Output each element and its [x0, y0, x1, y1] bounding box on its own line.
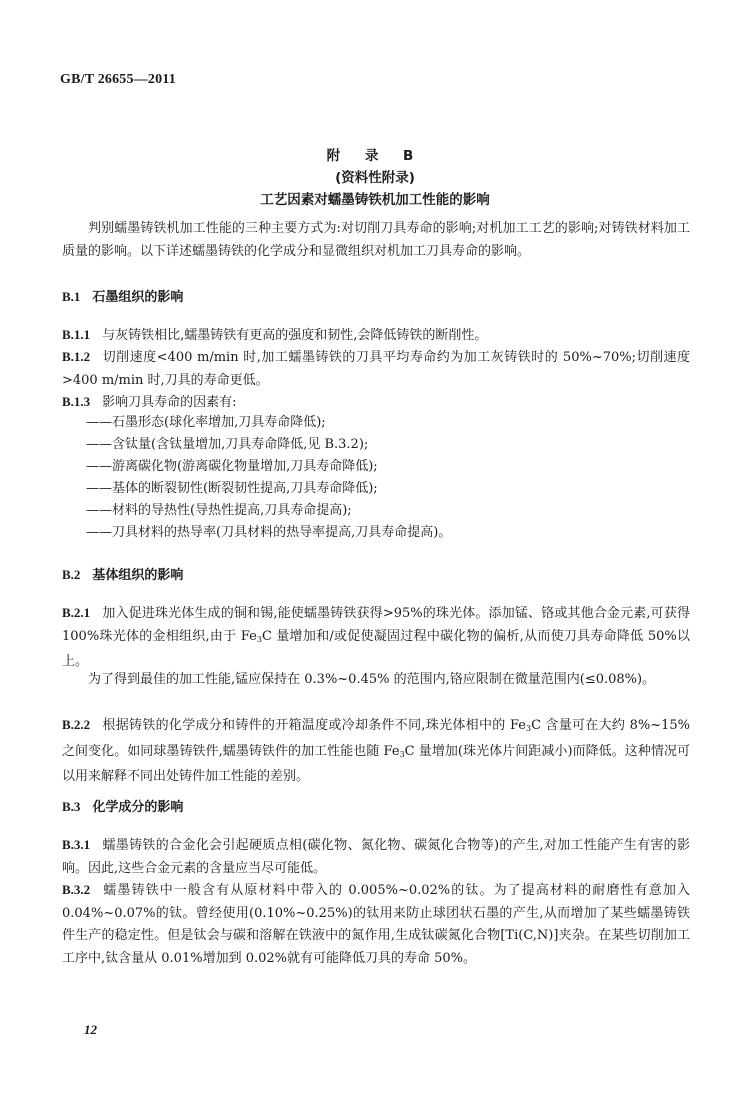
clause-text: 与灰铸铁相比,蠕墨铸铁有更高的强度和韧性,会降低铸铁的断削性。 [102, 328, 487, 343]
clause-text: 蠕墨铸铁的合金化会引起硬质点相(碳化物、氮化物、碳氮化合物等)的产生,对加工性能… [62, 838, 690, 876]
clause-b3-2: B.3.2蠕墨铸铁中一般含有从原材料中带入的 0.005%~0.02%的钛。为了… [62, 879, 690, 970]
section-title: 石墨组织的影响 [92, 290, 183, 305]
clause-b1-1: B.1.1与灰铸铁相比,蠕墨铸铁有更高的强度和韧性,会降低铸铁的断削性。 [62, 324, 690, 348]
section-heading-b2: B.2基体组织的影响 [62, 564, 183, 583]
factor-list: ——石墨形态(球化率增加,刀具寿命降低); ——含钛量(含钛量增加,刀具寿命降低… [86, 412, 451, 544]
page-number: 12 [84, 1022, 97, 1038]
section-heading-b3: B.3化学成分的影响 [62, 796, 183, 815]
clause-number: B.1.3 [62, 394, 90, 409]
clause-number: B.2.1 [62, 605, 90, 620]
section-number: B.1 [62, 289, 80, 304]
intro-paragraph: 判别蠕墨铸铁机加工性能的三种主要方式为:对切削刀具寿命的影响;对机加工工艺的影响… [62, 218, 690, 263]
clause-b2-2: B.2.2根据铸铁的化学成分和铸件的开箱温度或冷却条件不同,珠光体相中的 Fe3… [62, 714, 690, 789]
clause-b2-1: B.2.1加入促进珠光体生成的铜和锡,能使蠕墨铸铁获得>95%的珠光体。添加锰、… [62, 602, 690, 674]
clause-text: 根据铸铁的化学成分和铸件的开箱温度或冷却条件不同,珠光体相中的 Fe [102, 718, 526, 733]
section-heading-b1: B.1石墨组织的影响 [62, 286, 183, 305]
clause-b1-2: B.1.2切削速度<400 m/min 时,加工蠕墨铸铁的刀具平均寿命约为加工灰… [62, 346, 690, 392]
clause-number: B.2.2 [62, 717, 90, 732]
clause-number: B.1.1 [62, 327, 90, 342]
standard-code: GB/T 26655—2011 [60, 72, 176, 88]
clause-text: 切削速度<400 m/min 时,加工蠕墨铸铁的刀具平均寿命约为加工灰铸铁时的 … [62, 350, 690, 388]
list-item: ——含钛量(含钛量增加,刀具寿命降低,见 B.3.2); [86, 434, 451, 456]
list-item: ——石墨形态(球化率增加,刀具寿命降低); [86, 412, 451, 434]
clause-number: B.1.2 [62, 349, 90, 364]
section-title: 基体组织的影响 [92, 568, 183, 583]
section-number: B.2 [62, 567, 80, 582]
clause-text: 蠕墨铸铁中一般含有从原材料中带入的 0.005%~0.02%的钛。为了提高材料的… [62, 883, 690, 966]
list-item: ——材料的导热性(导热性提高,刀具寿命提高); [86, 500, 451, 522]
section-title: 化学成分的影响 [92, 800, 183, 815]
annex-title: 附 录 B [0, 144, 750, 164]
list-item: ——基体的断裂韧性(断裂韧性提高,刀具寿命降低); [86, 478, 451, 500]
clause-number: B.3.1 [62, 837, 90, 852]
section-number: B.3 [62, 799, 80, 814]
clause-number: B.3.2 [62, 882, 90, 897]
annex-heading: 工艺因素对蠕墨铸铁机加工性能的影响 [0, 188, 750, 208]
list-item: ——刀具材料的热导率(刀具材料的热导率提高,刀具寿命提高)。 [86, 522, 451, 544]
clause-b2-1-note: 为了得到最佳的加工性能,锰应保持在 0.3%~0.45% 的范围内,铬应限制在微… [62, 669, 690, 692]
list-item: ——游离碳化物(游离碳化物量增加,刀具寿命降低); [86, 456, 451, 478]
clause-text: 影响刀具寿命的因素有: [102, 395, 236, 410]
annex-type: (资料性附录) [0, 166, 750, 186]
clause-b3-1: B.3.1蠕墨铸铁的合金化会引起硬质点相(碳化物、氮化物、碳氮化合物等)的产生,… [62, 834, 690, 880]
